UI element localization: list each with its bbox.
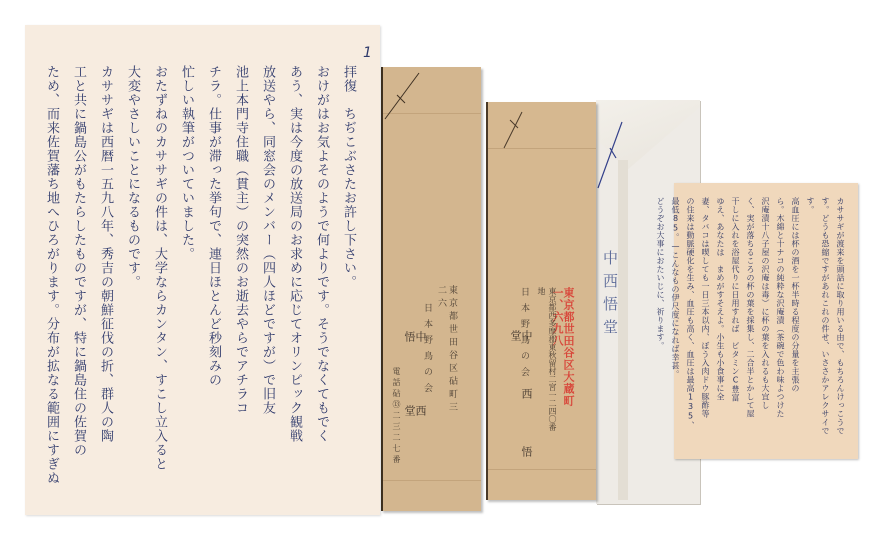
letter-line: 拝復 ちぢこぶさたお許し下さい。	[335, 65, 362, 490]
letter-line: 工と共に鍋島公がもたらしたものですが、特に鍋島住の佐賀の	[65, 65, 92, 490]
printed-name: 中 西 悟 堂	[404, 331, 426, 481]
postcard-body: カササギが渡来を頭話に取り用いる由で、もちろんけっこうで す。どうも恐縮ですがあ…	[653, 197, 848, 447]
letter-body: 拝復 ちぢこぶさたお許し下さい。 おけがはお気よそのようで何よりです。そうでなく…	[38, 65, 362, 490]
letter-line: あう、実は今度の放送局のお求めに応じてオリンピック観戦	[281, 65, 308, 490]
letter-line: 池上本門寺住職（貫主）の突然のお逝去やらでアチラコ	[227, 65, 254, 490]
postcard-line: 妻、タバコは喫しても一日三本以内、ぼう入肉ドウ豚酢等	[698, 197, 713, 447]
postcard-line: カササギが渡来を頭話に取り用いる由で、もちろんけっこうで	[833, 197, 848, 447]
handwritten-name: 中西悟堂	[600, 250, 621, 480]
printed-name: 中 西 悟 堂	[510, 330, 532, 475]
letter-line: カササギは西暦一五九八年、秀吉の朝鮮征伐の折、群人の陶	[92, 65, 119, 490]
kraft-envelope-2: 東京都世田谷区大蔵町一、六九八 東京都西多摩郡東秋留村二宮一二四〇番地 日本野鳥…	[486, 102, 596, 500]
postcard-line: ゆえ、あなたは まめがすそえよ。小生も小食事に全	[713, 197, 728, 447]
envelope-bottom-fold	[488, 469, 596, 500]
page-number: 1	[363, 45, 372, 61]
letter-line: チラ。仕事が滞った挙句で、連日ほとんど秒刻みの	[200, 65, 227, 490]
postcard-line: ら。木綿と十ナコの純粋な沢庵漬（茶碗で色わ味よつけた	[773, 197, 788, 447]
printed-address: 東京都世田谷区砧町三二六	[435, 285, 457, 415]
letter-line: 忙しい執筆がついていました。	[173, 65, 200, 490]
handwritten-letter: 1 拝復 ちぢこぶさたお許し下さい。 おけがはお気よそのようで何よりです。そうで…	[25, 25, 380, 515]
envelope-bottom-fold	[383, 480, 481, 511]
letter-line: 放送やら、同窓会のメンバー（四人ほどですが）で旧友	[254, 65, 281, 490]
letter-line: ため、而来佐賀藩ち地へひろがります。分布が拡なる範囲にすぎぬ	[38, 65, 65, 490]
postcard: カササギが渡来を頭話に取り用いる由で、もちろんけっこうで す。どうも恐縮ですがあ…	[674, 183, 858, 459]
kraft-envelope-1: 東京都世田谷区砧町三二六 日本野鳥の会 中 西 悟 堂 電話砧⑬二三二七番	[381, 67, 481, 511]
postcard-line: どうぞお大事におたいじに、祈ります。	[653, 197, 668, 447]
postcard-line: 沢庵漬十八子屋の沢庵は毒）に杯の葉を入れるも大宜し	[758, 197, 773, 447]
letter-line: 大変やさしいことになるものです。	[119, 65, 146, 490]
letter-line: おたずねのカササギの件は、大学ならカンタン、すこし立入ると	[146, 65, 173, 490]
printed-old-address: 東京都西多摩郡東秋留村二宮一二四〇番地	[536, 287, 558, 432]
postcard-line: の住来は動脈硬化を生み、血圧も高く、血圧は最高135、	[683, 197, 698, 447]
postcard-line: 高血圧には杯の酒を一杯半時る程度の分量を主張の	[788, 197, 803, 447]
letter-line: おけがはお気よそのようで何よりです。そうでなくてもでく	[308, 65, 335, 490]
postcard-line: く、実が落ちるころの杯の葉を採集し、二合半とかして屋	[743, 197, 758, 447]
cross-mark-icon	[596, 120, 626, 190]
printed-phone: 電話砧⑬二三二七番	[391, 367, 402, 477]
postcard-line: 干しに入れを浴屋代りに日用すれば ビタミンC豊富	[728, 197, 743, 447]
cross-mark-icon	[383, 71, 423, 121]
cross-mark-icon	[502, 110, 526, 150]
postcard-line: す。どうも恐縮ですがあれこれの件せ、いささかアレクサイです。	[803, 197, 833, 447]
postcard-line: 最低85。—こんなもの伊尺度になれば幸甚。	[668, 197, 683, 447]
